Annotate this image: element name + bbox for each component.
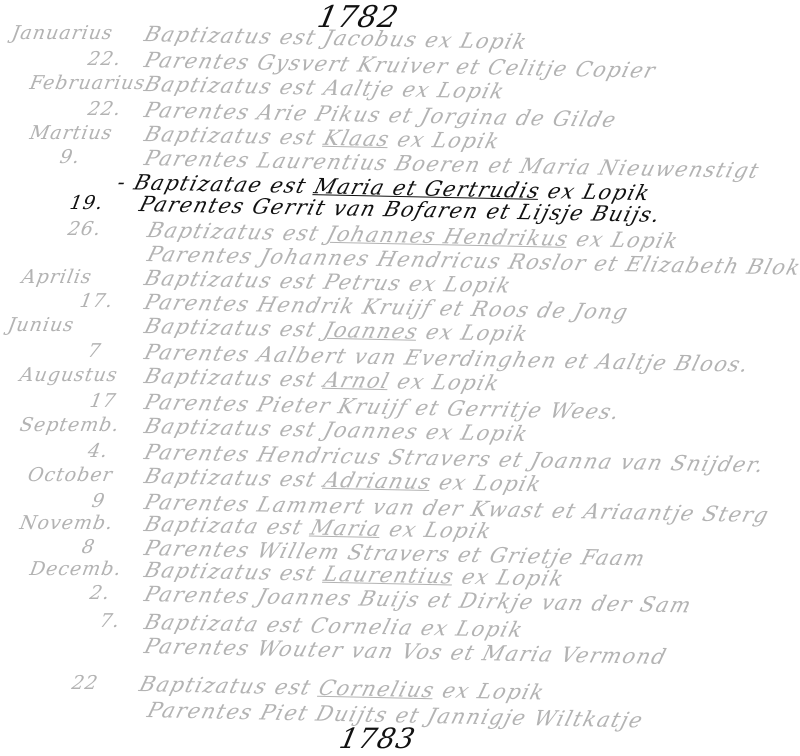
margin-date: 17. [78,290,115,312]
margin-date: 22 [70,672,100,694]
margin-date: 4. [86,440,110,462]
entry-line: OctoberBaptizatus est Adrianus ex Lopik [0,464,800,490]
margin-date: 26. [66,218,103,240]
entry-line: 4.Parentes Hendricus Stravers et Joanna … [0,440,800,466]
entry-line: 17Parentes Pieter Kruijf et Gerritje Wee… [0,390,800,416]
entry-line: FebruariusBaptizatus est Aaltje ex Lopik [0,72,800,98]
margin-date: Junius [6,314,76,336]
margin-date: October [26,464,115,486]
entry-line: Parentes Piet Duijts et Jannigje Wiltkat… [0,698,800,724]
margin-date: 22. [86,98,123,120]
entry-line: 17.Parentes Hendrik Kruijf et Roos de Jo… [0,290,800,316]
margin-date: Augustus [18,364,120,386]
entry-prefix: Parentes Wouter van Vos et Maria Vermond [142,634,670,669]
margin-date: 22. [86,48,123,70]
margin-date: Martius [28,122,114,144]
margin-date: 7. [98,610,122,632]
entry-line: 22Baptizatus est Cornelius ex Lopik [0,672,800,698]
entry-line: 9.Parentes Laurentius Boeren et Maria Ni… [0,146,800,172]
entry-line: AugustusBaptizatus est Arnol ex Lopik [0,364,800,390]
margin-date: 7 [86,340,103,362]
entry-line: 7.Baptizata est Cornelia ex Lopik [0,610,800,636]
entry-prefix: Baptizatus est [137,672,323,700]
margin-date: 9 [90,490,107,512]
register-page: 1782 JanuariusBaptizatus est Jacobus ex … [0,0,800,756]
margin-date: 17 [88,390,118,412]
entry-line: Parentes Johannes Hendricus Roslor et El… [0,242,800,268]
margin-date: Septemb. [18,414,121,436]
entry-prefix: Baptizatus est [142,364,328,392]
entry-line: MartiusBaptizatus est Klaas ex Lopik [0,122,800,148]
entry-text: Parentes Wouter van Vos et Maria Vermond [142,634,670,669]
margin-date: 8 [80,536,97,558]
entry-line: JuniusBaptizatus est Joannes ex Lopik [0,314,800,340]
entry-line: 22.Parentes Gysvert Kruiver et Celitje C… [0,48,800,74]
margin-date: Aprilis [20,266,94,288]
margin-date: 19. [68,192,105,214]
entry-prefix: Baptizatus est [142,314,328,342]
highlighted-entry-line: 19.Parentes Gerrit van Bofaren et Lijsje… [0,192,800,218]
margin-date: 9. [58,146,82,168]
entry-line: Novemb.Baptizata est Maria ex Lopik [0,512,800,538]
margin-date: Decemb. [28,558,123,580]
margin-date: Januarius [10,22,115,44]
entry-line: Septemb.Baptizatus est Joannes ex Lopik [0,414,800,440]
entry-line: 22.Parentes Arie Pikus et Jorgina de Gil… [0,98,800,124]
entry-line: Parentes Wouter van Vos et Maria Vermond [0,634,800,660]
margin-date: Novemb. [18,512,115,534]
entry-line: AprilisBaptizatus est Petrus ex Lopik [0,266,800,292]
margin-date: 2. [88,582,112,604]
entry-line: 2.Parentes Joannes Buijs et Dirkje van d… [0,582,800,608]
entry-prefix: Baptizatus est [142,464,328,492]
margin-date: Februarius [28,72,147,94]
entry-line: Decemb.Baptizatus est Laurentius ex Lopi… [0,558,800,584]
entry-line: 26.Baptizatus est Johannes Hendrikus ex … [0,218,800,244]
entry-line: 7Parentes Aalbert van Everdinghen et Aal… [0,340,800,366]
entry-line: JanuariusBaptizatus est Jacobus ex Lopik [0,22,800,48]
year-heading-bottom: 1783 [336,722,418,755]
